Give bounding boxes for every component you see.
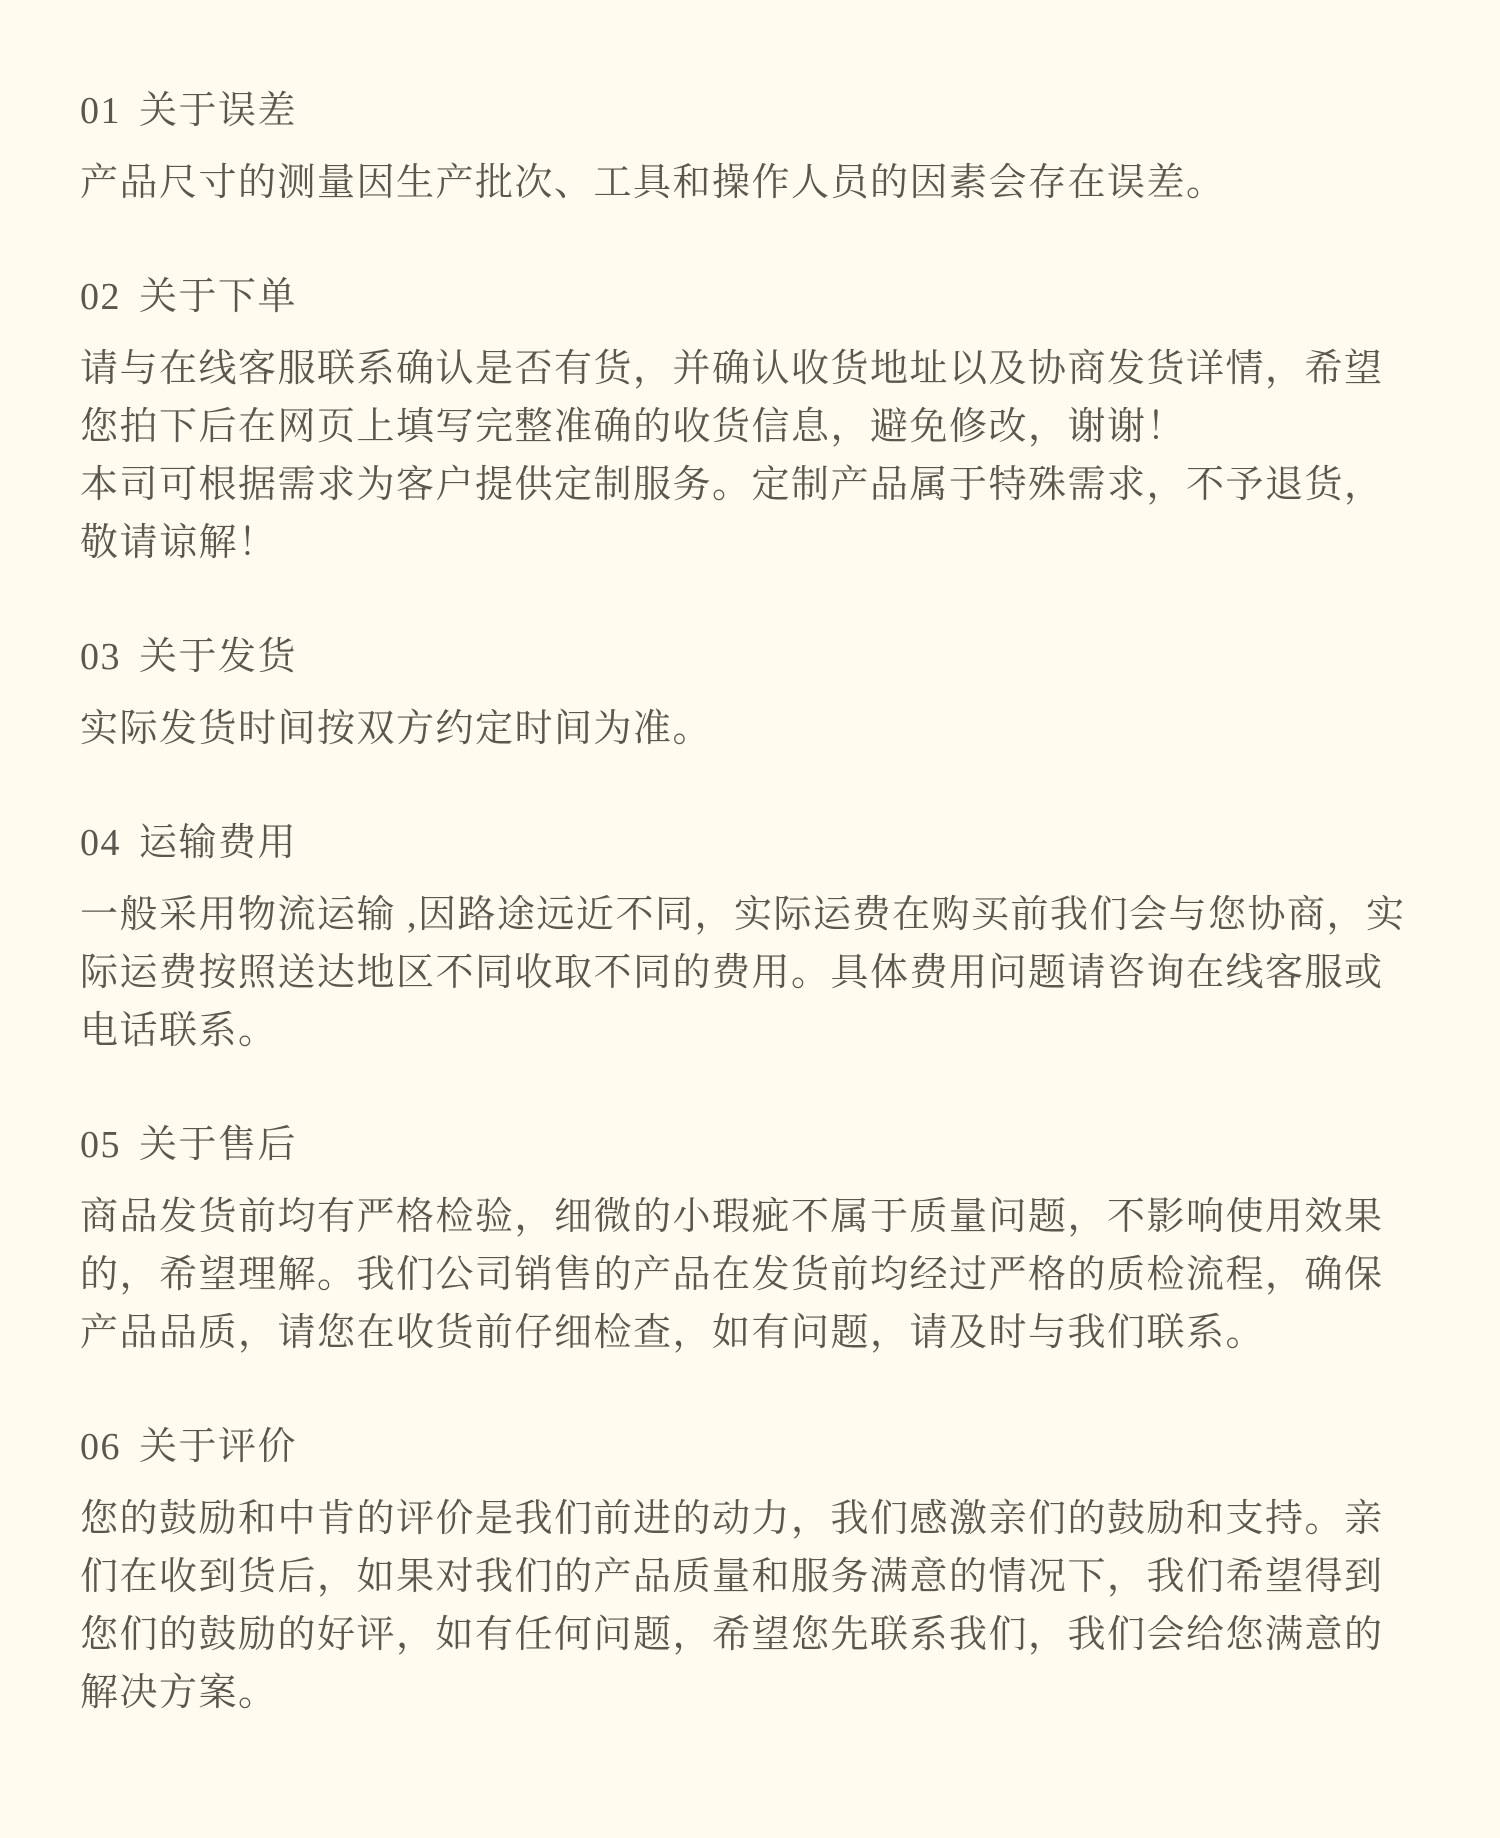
- section-title: 关于误差: [139, 90, 297, 132]
- section-number: 05: [80, 1116, 121, 1174]
- section-number: 02: [80, 268, 121, 326]
- section-number: 03: [80, 628, 121, 686]
- section-reviews: 06关于评价 您的鼓励和中肯的评价是我们前进的动力，我们感激亲们的鼓励和支持。亲…: [80, 1418, 1420, 1722]
- section-error-notice: 01关于误差 产品尺寸的测量因生产批次、工具和操作人员的因素会存在误差。: [80, 82, 1420, 212]
- section-ordering: 02关于下单 请与在线客服联系确认是否有货，并确认收货地址以及协商发货详情，希望…: [80, 268, 1420, 572]
- section-number: 06: [80, 1418, 121, 1476]
- section-number: 01: [80, 82, 121, 140]
- section-title: 关于发货: [139, 636, 297, 678]
- section-paragraph: 请与在线客服联系确认是否有货，并确认收货地址以及协商发货详情，希望您拍下后在网页…: [80, 340, 1420, 456]
- section-paragraph: 您的鼓励和中肯的评价是我们前进的动力，我们感激亲们的鼓励和支持。亲们在收到货后，…: [80, 1490, 1420, 1722]
- section-paragraph: 一般采用物流运输 ,因路途远近不同，实际运费在购买前我们会与您协商，实际运费按照…: [80, 886, 1420, 1060]
- section-freight-cost: 04运输费用 一般采用物流运输 ,因路途远近不同，实际运费在购买前我们会与您协商…: [80, 814, 1420, 1060]
- section-heading: 02关于下单: [80, 268, 1420, 326]
- purchase-notes-page: 01关于误差 产品尺寸的测量因生产批次、工具和操作人员的因素会存在误差。 02关…: [0, 0, 1500, 1838]
- section-heading: 01关于误差: [80, 82, 1420, 140]
- section-paragraph: 产品尺寸的测量因生产批次、工具和操作人员的因素会存在误差。: [80, 154, 1420, 212]
- section-heading: 06关于评价: [80, 1418, 1420, 1476]
- section-title: 关于下单: [139, 276, 297, 318]
- section-paragraph: 商品发货前均有严格检验，细微的小瑕疵不属于质量问题，不影响使用效果的，希望理解。…: [80, 1188, 1420, 1362]
- section-paragraph: 实际发货时间按双方约定时间为准。: [80, 700, 1420, 758]
- section-heading: 03关于发货: [80, 628, 1420, 686]
- section-shipping: 03关于发货 实际发货时间按双方约定时间为准。: [80, 628, 1420, 758]
- section-paragraph: 本司可根据需求为客户提供定制服务。定制产品属于特殊需求，不予退货，敬请谅解！: [80, 456, 1420, 572]
- section-heading: 05关于售后: [80, 1116, 1420, 1174]
- section-title: 关于评价: [139, 1426, 297, 1468]
- section-title: 关于售后: [139, 1124, 297, 1166]
- section-heading: 04运输费用: [80, 814, 1420, 872]
- section-title: 运输费用: [139, 822, 297, 864]
- section-after-sales: 05关于售后 商品发货前均有严格检验，细微的小瑕疵不属于质量问题，不影响使用效果…: [80, 1116, 1420, 1362]
- section-number: 04: [80, 814, 121, 872]
